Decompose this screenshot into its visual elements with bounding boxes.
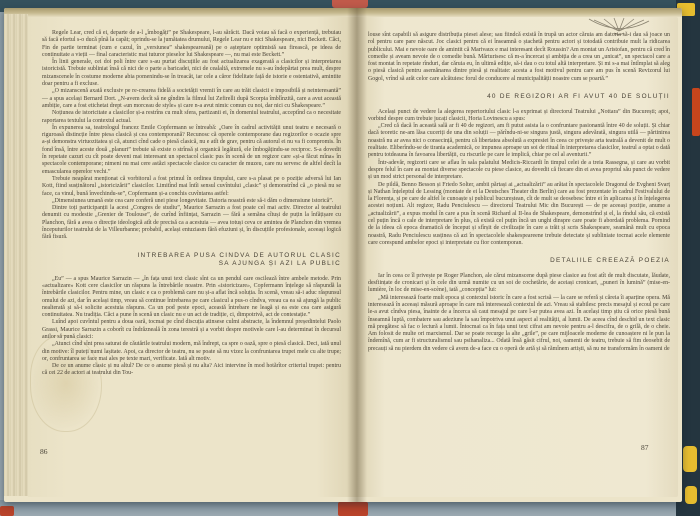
paragraph: Același punct de vedere la alegerea repe…: [368, 109, 670, 124]
paragraph: În linii generale, cei doi poli între ca…: [42, 59, 341, 88]
open-book: Regele Lear, cred că ei, departe de a-l …: [4, 8, 682, 502]
paragraph: De pildă, Benno Besson și Friedo Solter,…: [368, 182, 670, 248]
paragraph: Noțiunea de istoricitate a clasicilor și…: [42, 110, 341, 125]
paragraph: „Cred că dacă în această sală ar fi 40 d…: [368, 123, 670, 159]
left-page-edges: [4, 14, 28, 496]
cover-red-edge: [692, 88, 700, 136]
paragraph: În expunerea sa, teatrologul francez Emi…: [42, 125, 341, 176]
book-photo-scene: Regele Lear, cred că ei, departe de a-l …: [0, 0, 700, 516]
cover-red-corner-left: [0, 506, 14, 516]
cover-yellow-dot-1: [683, 446, 697, 472]
page-number-right: 87: [641, 443, 649, 452]
paragraph: Luînd apoi cuvîntul pentru a doua oară, …: [42, 319, 341, 341]
cover-yellow-dot-2: [685, 486, 697, 504]
paragraph: „Eu” — a spus Maurice Sarrazin — „în faț…: [42, 276, 341, 320]
paragraph: „O mizanscenă axată exclusiv pe re-crear…: [42, 88, 341, 110]
paragraph: „Mă interesează foarte mult epoca și con…: [368, 295, 670, 353]
page-87-text-column: louse sînt capabili să asigure distribuț…: [368, 32, 670, 353]
paragraph: Trebuie neapărat menționat că vorbitorul…: [42, 176, 341, 198]
paragraph: „Atunci cînd sînt prea saturat de căutăr…: [42, 341, 341, 363]
page-number-left: 86: [40, 447, 48, 456]
paragraph: Iar în ceea ce îl privește pe Roger Plan…: [368, 273, 670, 295]
section-heading: 40 DE REGIZORI AR FI AVUT 40 DE SOLUȚII: [368, 93, 670, 102]
paragraph: Dintre toți participanții la acest „Cong…: [42, 205, 341, 241]
paragraph: louse sînt capabili să asigure distribuț…: [368, 32, 670, 83]
spine-red-top: [332, 0, 368, 8]
page-86: Regele Lear, cred că ei, departe de a-l …: [28, 17, 356, 497]
page-87: louse sînt capabili să asigure distribuț…: [356, 17, 678, 497]
paragraph: De ce un anume clasic și nu altul? De ce…: [42, 363, 341, 378]
spine-red-bottom: [338, 502, 368, 516]
paragraph: Regele Lear, cred că ei, departe de a-l …: [42, 30, 341, 59]
page-86-text-column: Regele Lear, cred că ei, departe de a-l …: [42, 30, 341, 378]
book-gutter-shadow: [347, 8, 367, 502]
section-heading: INTREBAREA PUSA CINDVA DE AUTORUL CLASIC…: [42, 252, 341, 269]
paragraph: Într-adevăr, regizorii care se aflau în …: [368, 160, 670, 182]
top-page-edges: [4, 8, 682, 17]
section-heading: DETALIILE CREEAZĂ POEZIA: [368, 257, 670, 266]
